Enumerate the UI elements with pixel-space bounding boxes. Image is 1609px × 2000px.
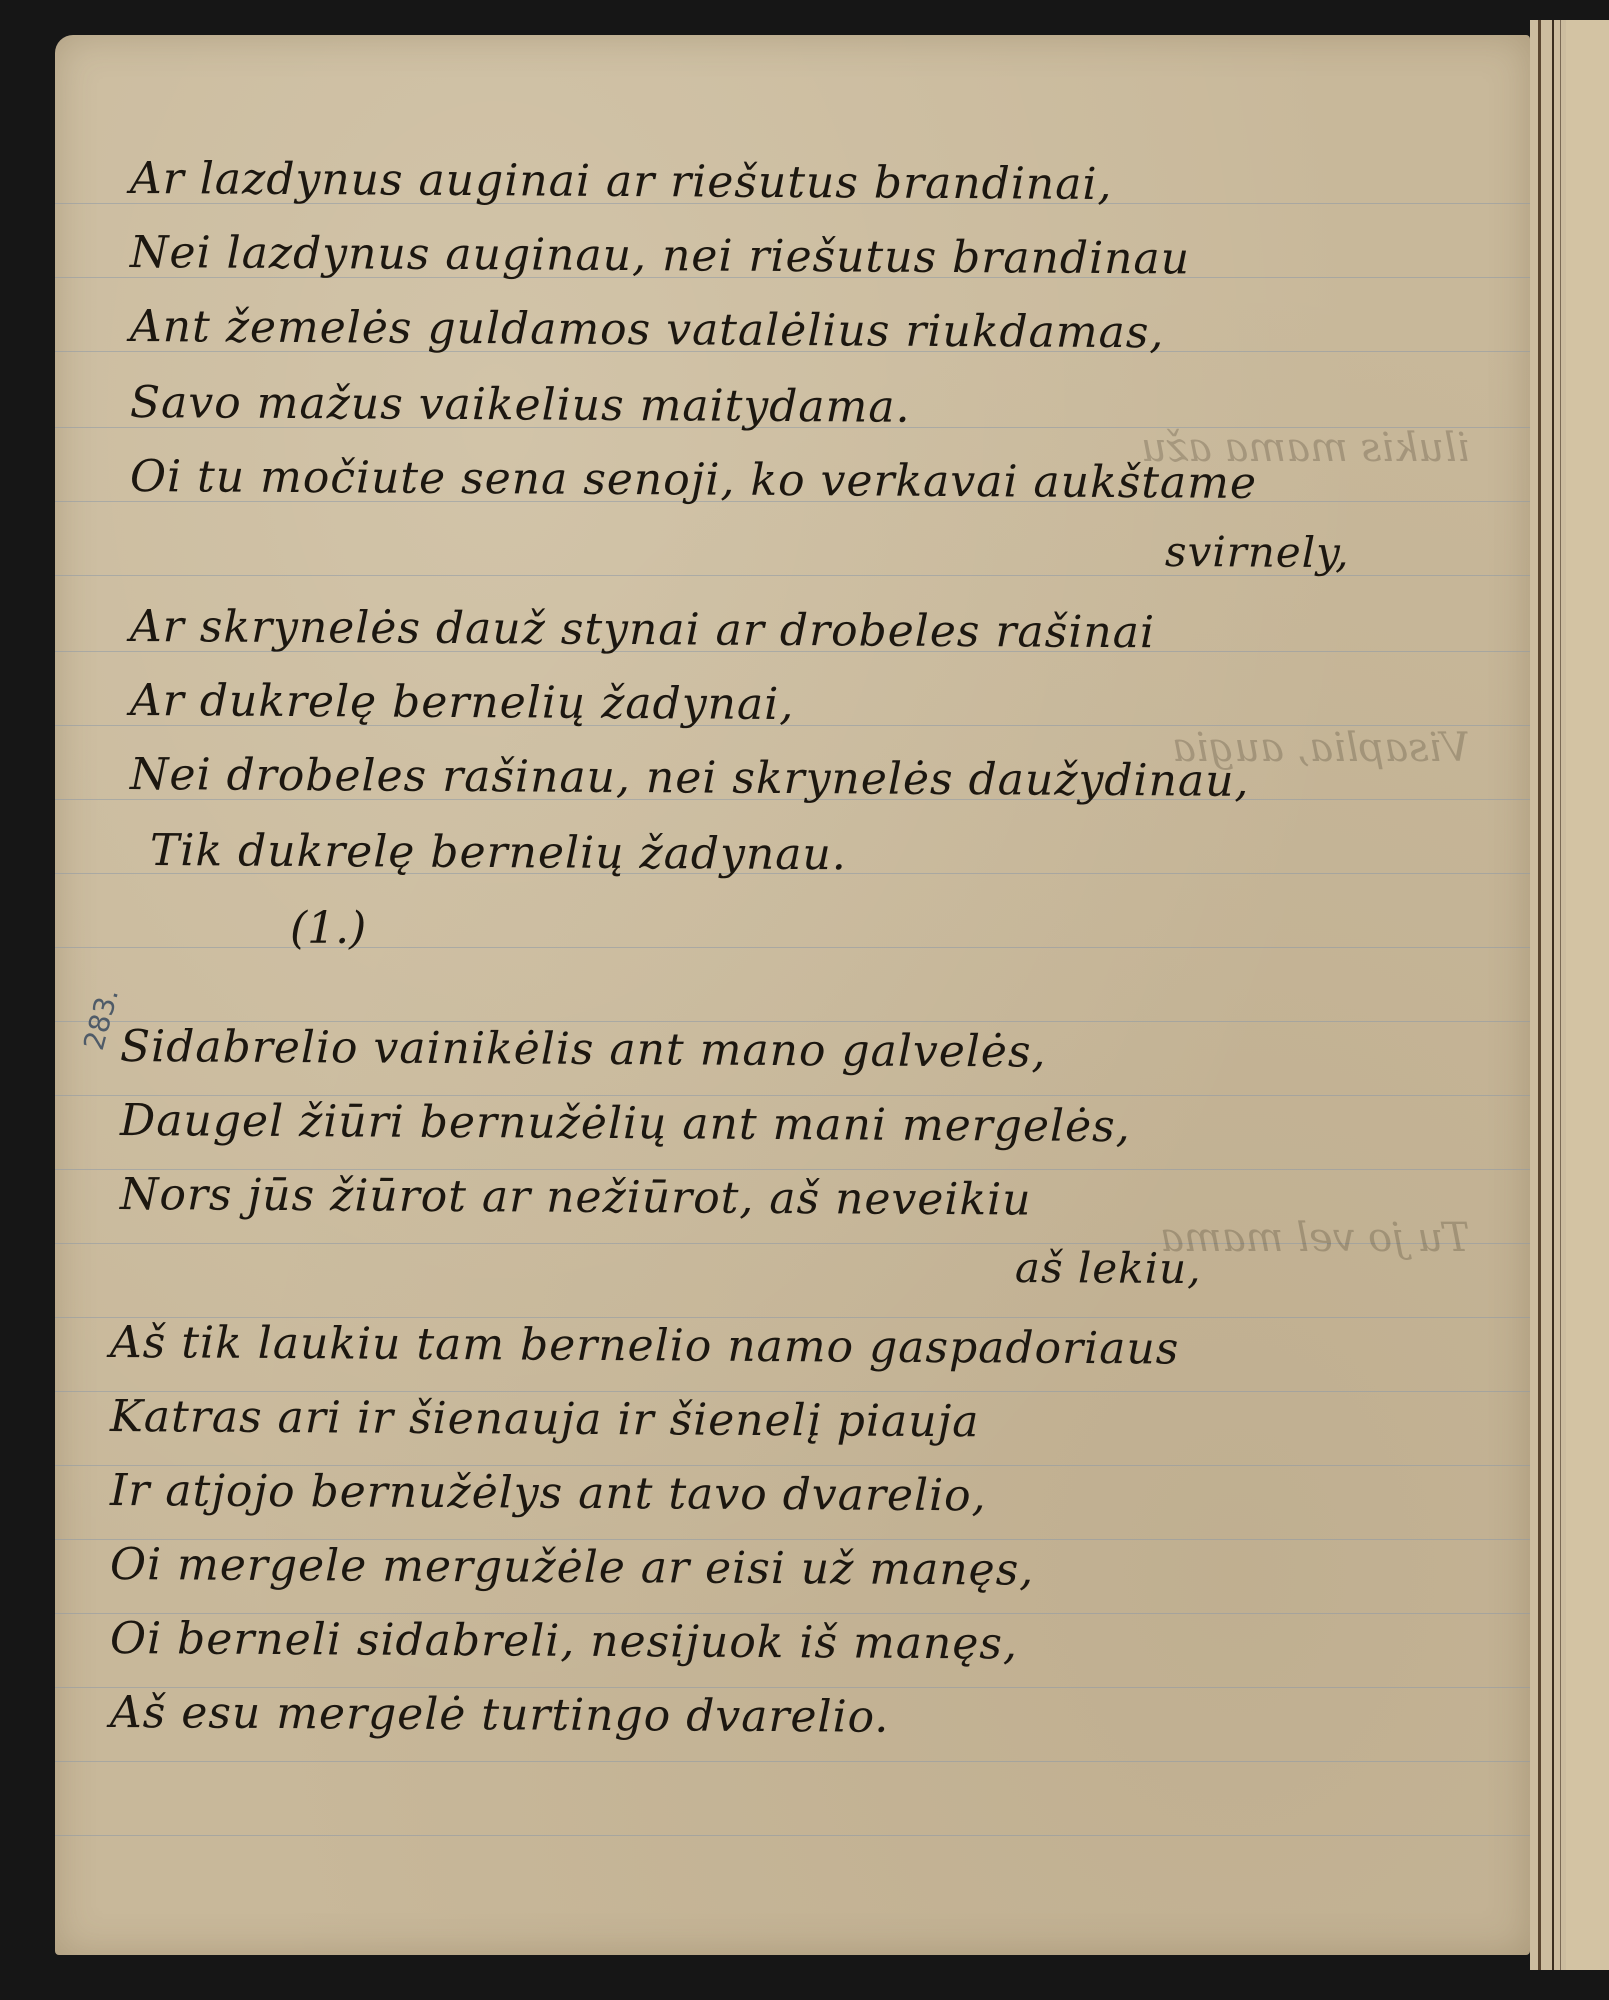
- adjacent-page-strip: [1566, 20, 1609, 1970]
- verse-line: Nei lazdynus auginau, nei riešutus brand…: [130, 227, 1190, 284]
- verse-line-continuation: svirnely,: [1165, 527, 1350, 577]
- verse-line: Nei drobeles rašinau, nei skrynelės dauž…: [130, 749, 1250, 807]
- verse-line: Tik dukrelę bernelių žadynau.: [150, 825, 847, 880]
- binding-edge: [1552, 20, 1554, 1970]
- verse-line: Ar skrynelės dauž stynai ar drobeles raš…: [130, 601, 1155, 658]
- verse-line: Katras ari ir šienauja ir šienelį piauja: [110, 1391, 980, 1447]
- verse-line: Oi mergele mergužėle ar eisi už manęs,: [110, 1539, 1035, 1596]
- notebook-page: ilukis mama ažu Visaplia, augia Tu jo ve…: [55, 35, 1530, 1955]
- verse-line: Ant žemelės guldamos vatalėlius riukdama…: [130, 301, 1165, 358]
- binding-edge: [1538, 20, 1541, 1970]
- verse-line: Oi berneli sidabreli, nesijuok iš manęs,: [110, 1613, 1018, 1670]
- verse-line: Aš tik laukiu tam bernelio namo gaspador…: [110, 1317, 1180, 1375]
- ruled-line: [55, 1761, 1530, 1762]
- verse-line: Daugel žiūri bernužėlių ant mani mergelė…: [120, 1095, 1131, 1152]
- bleed-through-text: Tu jo vel mama: [1160, 1215, 1470, 1261]
- verse-line: Aš esu mergelė turtingo dvarelio.: [110, 1687, 890, 1743]
- binding-edge: [1560, 20, 1561, 1970]
- verse-line: Nors jūs žiūrot ar nežiūrot, aš neveikiu: [120, 1169, 1032, 1226]
- verse-line: Sidabrelio vainikėlis ant mano galvelės,: [120, 1021, 1047, 1078]
- ruled-line: [55, 947, 1530, 948]
- notebook-binding: [1530, 20, 1609, 1970]
- verse-line: Ar lazdynus auginai ar riešutus brandina…: [130, 153, 1113, 210]
- verse-line: Savo mažus vaikelius maitydama.: [130, 377, 911, 433]
- verse-line: Ar dukrelę bernelių žadynai,: [130, 675, 795, 730]
- section-marker: (1.): [290, 903, 366, 954]
- verse-line: Oi tu močiute sena senoji, ko verkavai a…: [130, 451, 1257, 509]
- page-number-marginal: 283.: [77, 985, 125, 1054]
- verse-line-continuation: aš lekiu,: [1015, 1243, 1202, 1293]
- verse-line: Ir atjojo bernužėlys ant tavo dvarelio,: [110, 1465, 987, 1521]
- ruled-line: [55, 1835, 1530, 1836]
